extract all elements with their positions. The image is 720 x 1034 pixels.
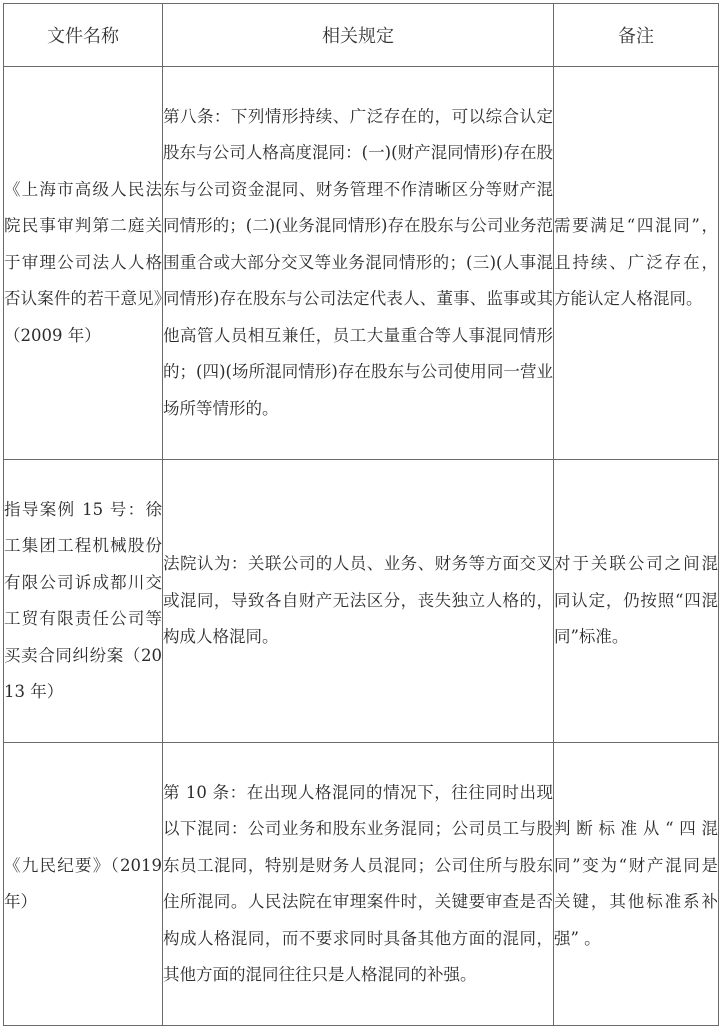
document-name-cell: 指导案例 15 号：徐工集团工程机械股份有限公司诉成都川交工贸有限责任公司等买卖… — [4, 460, 163, 743]
note-cell: 对于关联公司之间混同认定，仍按照“四混同”标准。 — [554, 460, 719, 743]
provision-cell: 法院认为：关联公司的人员、业务、财务等方面交叉或混同，导致各自财产无法区分，丧失… — [163, 460, 554, 743]
provision-cell: 第 10 条：在出现人格混同的情况下，往往同时出现以下混同：公司业务和股东业务混… — [163, 743, 554, 1026]
regulation-comparison-table: 文件名称 相关规定 备注 《上海市高级人民法院民事审判第二庭关于审理公司法人人格… — [3, 3, 719, 1026]
header-document-name: 文件名称 — [4, 4, 163, 67]
note-cell: 需要满足“四混同”，且持续、广泛存在，方能认定人格混同。 — [554, 67, 719, 460]
table-header-row: 文件名称 相关规定 备注 — [4, 4, 719, 67]
document-name-cell: 《上海市高级人民法院民事审判第二庭关于审理公司法人人格否认案件的若干意见》（20… — [4, 67, 163, 460]
table-row: 指导案例 15 号：徐工集团工程机械股份有限公司诉成都川交工贸有限责任公司等买卖… — [4, 460, 719, 743]
header-related-provision: 相关规定 — [163, 4, 554, 67]
header-note: 备注 — [554, 4, 719, 67]
note-cell: 判断标准从“四混同”变为“财产混同是关键，其他标准系补强” 。 — [554, 743, 719, 1026]
table-row: 《上海市高级人民法院民事审判第二庭关于审理公司法人人格否认案件的若干意见》（20… — [4, 67, 719, 460]
document-name-cell: 《九民纪要》（2019 年） — [4, 743, 163, 1026]
table-row: 《九民纪要》（2019 年） 第 10 条：在出现人格混同的情况下，往往同时出现… — [4, 743, 719, 1026]
provision-cell: 第八条：下列情形持续、广泛存在的，可以综合认定股东与公司人格高度混同：(一)(财… — [163, 67, 554, 460]
